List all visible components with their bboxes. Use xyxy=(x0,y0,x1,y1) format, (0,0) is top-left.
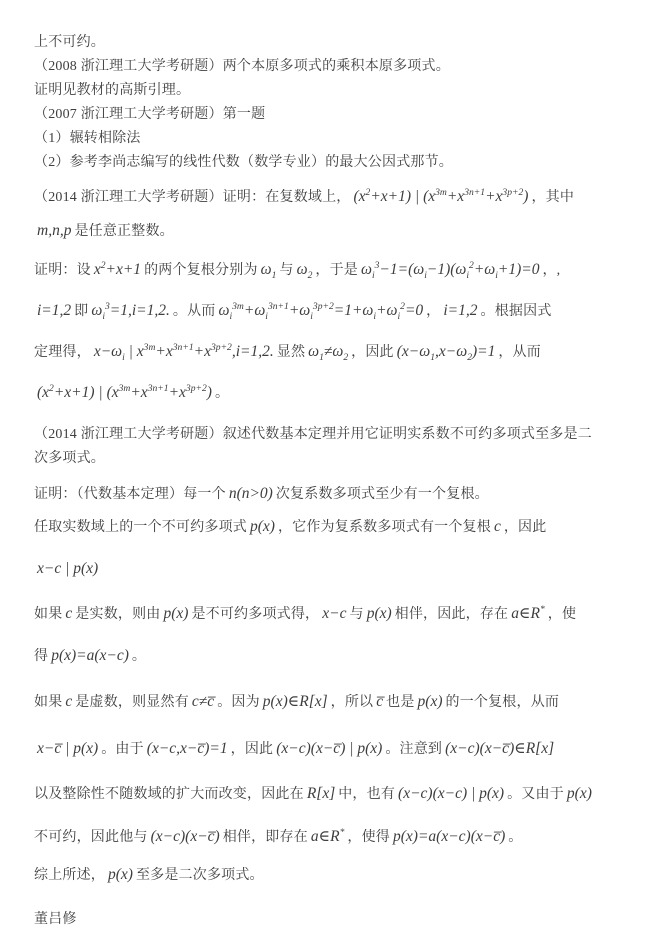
text-segment: 证明：设 xyxy=(34,263,91,278)
math-segment: x−c | p(x) xyxy=(34,560,101,577)
text-segment: 的一个复根，从而 xyxy=(446,695,560,710)
text-segment: 至多是二次多项式。 xyxy=(136,868,264,883)
document-page: 上不可约。（2008 浙江理工大学考研题）两个本原多项式的乘积本原多项式。证明见… xyxy=(0,0,648,931)
math-segment: m,n,p xyxy=(34,222,74,239)
text-segment: 任取实数域上的一个不可约多项式 xyxy=(34,520,247,535)
text-line: (x2+x+1) | (x3m+x3n+1+x3p+2)。 xyxy=(34,373,620,414)
math-segment: (x2+x+1) | (x3m+x3n+1+x3p+2) xyxy=(351,188,532,205)
math-segment: i=1,2 xyxy=(34,302,74,319)
text-segment: （2）参考李尚志编写的线性代数（数学专业）的最大公因式那节。 xyxy=(34,155,453,170)
text-segment: ，, xyxy=(542,263,560,278)
paragraph-block: 以及整除性不随数域的扩大而改变，因此在R[x]中，也有(x−c)(x−c) | … xyxy=(34,773,620,859)
text-line: 得p(x)=a(x−c)。 xyxy=(34,635,620,677)
text-segment: 。由于 xyxy=(101,742,144,757)
text-segment: ，其中 xyxy=(531,190,574,205)
text-segment: ，从而 xyxy=(498,345,541,360)
math-segment: x2+x+1 xyxy=(91,261,144,278)
math-segment: c̅ xyxy=(373,693,386,710)
text-segment: 不可约，因此他与 xyxy=(34,830,148,845)
text-segment: 。注意到 xyxy=(385,742,442,757)
math-segment: x−c̅ | p(x) xyxy=(34,740,101,757)
text-line: （2014 浙江理工大学考研题）证明：在复数域上，(x2+x+1) | (x3m… xyxy=(34,180,620,214)
math-segment: ωi3−1=(ωi−1)(ωi2+ωi+1)=0 xyxy=(358,261,543,278)
math-segment: c xyxy=(491,518,504,535)
text-line: 证明见教材的高斯引理。 xyxy=(34,78,620,102)
text-line: （1）辗转相除法 xyxy=(34,126,620,150)
text-segment: （2008 浙江理工大学考研题）两个本原多项式的乘积本原多项式。 xyxy=(34,59,450,74)
text-segment: 也是 xyxy=(386,695,414,710)
paragraph-block: 任取实数域上的一个不可约多项式p(x)，它作为复系数多项式有一个复根c，因此x−… xyxy=(34,506,620,589)
math-segment: p(x) xyxy=(415,693,446,710)
text-segment: 。 xyxy=(215,386,229,401)
text-segment: 相伴，即存在 xyxy=(223,830,308,845)
text-segment: 。因为 xyxy=(217,695,260,710)
math-segment: a∈R* xyxy=(308,828,348,845)
text-line: 上不可约。 xyxy=(34,30,620,54)
text-segment: 证明见教材的高斯引理。 xyxy=(34,83,190,98)
text-segment: （1）辗转相除法 xyxy=(34,131,141,146)
math-segment: (x−c,x−c̅)=1 xyxy=(144,740,231,757)
text-segment: 以及整除性不随数域的扩大而改变，因此在 xyxy=(34,787,304,802)
text-segment: 是虚数，则显然有 xyxy=(75,695,189,710)
text-segment: ，因此 xyxy=(231,742,274,757)
text-segment: 证明：（代数基本定理）每一个 xyxy=(34,487,226,502)
text-line: 如果c是实数，则由p(x)是不可约多项式得，x−c与p(x)相伴，因此，存在a∈… xyxy=(34,593,620,635)
math-segment: p(x) xyxy=(105,866,136,883)
text-segment: 次复系数多项式至少有一个复根。 xyxy=(276,487,489,502)
paragraph-block: 董吕修 xyxy=(34,907,620,931)
text-segment: 即 xyxy=(74,304,88,319)
text-line: 证明：设x2+x+1的两个复根分别为ω1与ω2，于是ωi3−1=(ωi−1)(ω… xyxy=(34,250,620,291)
text-line: x−c̅ | p(x)。由于(x−c,x−c̅)=1，因此(x−c)(x−c̅)… xyxy=(34,726,620,773)
math-segment: p(x) xyxy=(564,785,595,802)
math-segment: p(x)∈R[x] xyxy=(260,693,331,710)
math-segment: (x−c)(x−c̅) xyxy=(148,828,223,845)
text-segment: ，使 xyxy=(548,607,576,622)
text-segment: ，因此 xyxy=(504,520,547,535)
text-line: i=1,2即ωi3=1,i=1,2.。从而ωi3m+ωi3n+1+ωi3p+2=… xyxy=(34,291,620,332)
text-line: （2）参考李尚志编写的线性代数（数学专业）的最大公因式那节。 xyxy=(34,150,620,174)
math-segment: (x−c)(x−c̅) | p(x) xyxy=(273,740,385,757)
paragraph-block: 如果c是实数，则由p(x)是不可约多项式得，x−c与p(x)相伴，因此，存在a∈… xyxy=(34,593,620,677)
paragraph-block: 上不可约。（2008 浙江理工大学考研题）两个本原多项式的乘积本原多项式。证明见… xyxy=(34,30,620,174)
text-segment: 综上所述， xyxy=(34,868,105,883)
math-segment: p(x) xyxy=(247,518,278,535)
text-segment: 。 xyxy=(508,830,522,845)
text-line: 不可约，因此他与(x−c)(x−c̅)相伴，即存在a∈R*，使得p(x)=a(x… xyxy=(34,816,620,859)
paragraph-block: 证明：（代数基本定理）每一个n(n>0)次复系数多项式至少有一个复根。 xyxy=(34,482,620,506)
text-segment: 的两个复根分别为 xyxy=(144,263,258,278)
text-segment: ，所以 xyxy=(331,695,374,710)
paragraph-block: 如果c是虚数，则显然有c≠c̅。因为p(x)∈R[x]，所以c̅也是p(x)的一… xyxy=(34,679,620,773)
text-line: 任取实数域上的一个不可约多项式p(x)，它作为复系数多项式有一个复根c，因此 xyxy=(34,506,620,548)
text-segment: 得 xyxy=(34,649,48,664)
math-segment: ωi3=1,i=1,2. xyxy=(88,302,173,319)
text-segment: 次多项式。 xyxy=(34,451,105,466)
math-segment: a∈R* xyxy=(508,605,548,622)
paragraph-block: 证明：设x2+x+1的两个复根分别为ω1与ω2，于是ωi3−1=(ωi−1)(ω… xyxy=(34,250,620,414)
text-line: 综上所述，p(x)至多是二次多项式。 xyxy=(34,863,620,887)
math-segment: (x−c)(x−c) | p(x) xyxy=(395,785,507,802)
text-line: 如果c是虚数，则显然有c≠c̅。因为p(x)∈R[x]，所以c̅也是p(x)的一… xyxy=(34,679,620,726)
text-line: （2008 浙江理工大学考研题）两个本原多项式的乘积本原多项式。 xyxy=(34,54,620,78)
text-segment: 定理得， xyxy=(34,345,91,360)
math-segment: c≠c̅ xyxy=(189,693,217,710)
math-segment: ω1≠ω2 xyxy=(305,343,351,360)
math-segment: i=1,2 xyxy=(440,302,480,319)
math-segment: ω2 xyxy=(294,261,316,278)
text-segment: 。又由于 xyxy=(507,787,564,802)
math-segment: c xyxy=(62,693,75,710)
math-segment: (x−c)(x−c̅)∈R[x] xyxy=(442,740,557,757)
math-segment: x−ωi | x3m+x3n+1+x3p+2,i=1,2. xyxy=(91,343,277,360)
paragraph-block: 综上所述，p(x)至多是二次多项式。 xyxy=(34,863,620,887)
math-segment: p(x) xyxy=(364,605,395,622)
math-segment: p(x)=a(x−c)(x−c̅) xyxy=(390,828,508,845)
math-segment: (x2+x+1) | (x3m+x3n+1+x3p+2) xyxy=(34,384,215,401)
text-segment: 显然 xyxy=(277,345,305,360)
text-segment: 相伴，因此，存在 xyxy=(395,607,509,622)
math-segment: x−c xyxy=(319,605,349,622)
text-segment: 董吕修 xyxy=(34,912,77,927)
text-line: （2007 浙江理工大学考研题）第一题 xyxy=(34,102,620,126)
text-segment: 是不可约多项式得， xyxy=(191,607,319,622)
text-segment: 与 xyxy=(279,263,293,278)
math-segment: p(x) xyxy=(161,605,192,622)
text-segment: 中，也有 xyxy=(338,787,395,802)
text-line: 证明：（代数基本定理）每一个n(n>0)次复系数多项式至少有一个复根。 xyxy=(34,482,620,506)
math-segment: ωi3m+ωi3n+1+ωi3p+2=1+ωi+ωi2=0 xyxy=(216,302,427,319)
math-segment: c xyxy=(62,605,75,622)
text-segment: 。从而 xyxy=(173,304,216,319)
text-segment: 与 xyxy=(349,607,363,622)
text-line: 定理得，x−ωi | x3m+x3n+1+x3p+2,i=1,2.显然ω1≠ω2… xyxy=(34,332,620,373)
text-line: m,n,p是任意正整数。 xyxy=(34,214,620,248)
text-segment: ， xyxy=(426,304,440,319)
text-segment: 。根据因式 xyxy=(481,304,552,319)
text-segment: 是任意正整数。 xyxy=(74,224,173,239)
text-segment: （2007 浙江理工大学考研题）第一题 xyxy=(34,107,265,122)
text-segment: ，它作为复系数多项式有一个复根 xyxy=(278,520,491,535)
text-line: 以及整除性不随数域的扩大而改变，因此在R[x]中，也有(x−c)(x−c) | … xyxy=(34,773,620,816)
text-segment: 是实数，则由 xyxy=(75,607,160,622)
math-segment: ω1 xyxy=(258,261,280,278)
text-segment: 上不可约。 xyxy=(34,35,105,50)
text-segment: （2014 浙江理工大学考研题）叙述代数基本定理并用它证明实系数不可约多项式至多… xyxy=(34,427,592,442)
text-segment: ，因此 xyxy=(351,345,394,360)
text-segment: 如果 xyxy=(34,695,62,710)
paragraph-block: （2014 浙江理工大学考研题）叙述代数基本定理并用它证明实系数不可约多项式至多… xyxy=(34,422,620,470)
math-segment: n(n>0) xyxy=(226,485,276,502)
text-segment: ，使得 xyxy=(347,830,390,845)
text-segment: 。 xyxy=(132,649,146,664)
math-segment: p(x)=a(x−c) xyxy=(48,647,132,664)
text-line: 次多项式。 xyxy=(34,446,620,470)
text-segment: ，于是 xyxy=(315,263,358,278)
text-line: 董吕修 xyxy=(34,907,620,931)
text-segment: 如果 xyxy=(34,607,62,622)
text-line: （2014 浙江理工大学考研题）叙述代数基本定理并用它证明实系数不可约多项式至多… xyxy=(34,422,620,446)
paragraph-block: （2014 浙江理工大学考研题）证明：在复数域上，(x2+x+1) | (x3m… xyxy=(34,180,620,248)
math-segment: R[x] xyxy=(304,785,338,802)
math-segment: (x−ω1,x−ω2)=1 xyxy=(394,343,499,360)
text-segment: （2014 浙江理工大学考研题）证明：在复数域上， xyxy=(34,190,351,205)
text-line: x−c | p(x) xyxy=(34,548,620,589)
